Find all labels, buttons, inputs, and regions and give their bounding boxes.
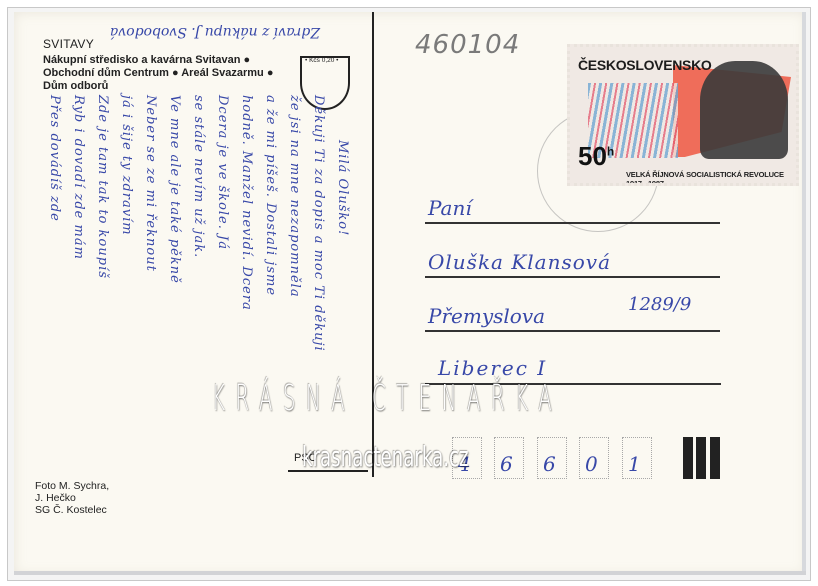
stamp-value-number: 50 (578, 141, 607, 171)
credit-line: SG Č. Kostelec (35, 504, 109, 516)
address-line (425, 222, 720, 224)
recipient-city: Liberec I (438, 356, 547, 380)
address-line (425, 330, 720, 332)
message-line: hodně. Manžel nevidí. Dcera (239, 95, 254, 311)
message-line: Ryb i dovadí zde mám (71, 95, 86, 260)
message-line: Dcera je ve škole. Já (215, 95, 230, 250)
message-line: že jsi na mne nezapomněla (287, 95, 302, 298)
stamp-value-unit: h (607, 144, 614, 158)
watermark-url: krasnactenarka.cz (302, 440, 469, 473)
handwriting-upside-down: Zdraví z nákupu J. Svobodová (110, 24, 320, 40)
postcode-digit: 6 (543, 452, 556, 476)
postcard-caption: Nákupní středisko a kavárna Svitavan ● O… (43, 54, 288, 93)
postage-stamp: ČESKOSLOVENSKO 50h VELKÁ ŘÍJNOVÁ SOCIALI… (567, 44, 799, 186)
stamp-caption: VELKÁ ŘÍJNOVÁ SOCIALISTICKÁ REVOLUCE 191… (626, 170, 796, 186)
recipient-street: Přemyslova (428, 304, 545, 328)
stamp-value: 50h (578, 141, 614, 172)
postcode-digit: 1 (628, 452, 641, 476)
recipient-name: Oluška Klansová (428, 250, 611, 274)
credit-line: J. Hečko (35, 492, 109, 504)
message-line: Milá Oluško! (335, 140, 350, 236)
address-line (425, 276, 720, 278)
recipient-salutation: Paní (428, 196, 472, 220)
message-line: já i šije ty zdravím (119, 95, 134, 236)
portrait-icon (700, 61, 788, 159)
card-edge (14, 571, 806, 575)
postcode-bar (710, 437, 720, 479)
credit-line: Foto M. Sychra, (35, 480, 109, 492)
message-line: Neber se ze mi řeknout (143, 95, 158, 272)
card-edge (802, 12, 806, 575)
message-line: se stále nevím už jak. (191, 95, 206, 258)
message-line: Zde je tam tak to koupíš (95, 95, 110, 279)
recipient-house-number: 1289/9 (628, 294, 691, 315)
watermark-title: KRÁSNÁ ČTENAŘKA (212, 378, 562, 419)
seal-price: • Kčs 0,20 • (305, 57, 338, 64)
postcode-bar (696, 437, 706, 479)
message-line: Děkuji Ti za dopis a moc Ti děkuji (311, 95, 326, 352)
message-line: Přes dovádíš zde (47, 95, 62, 222)
catalog-number: 460104 (415, 30, 520, 60)
postcode-digit: 0 (585, 452, 598, 476)
message-line: Ve mne ale je také pěkně (167, 95, 182, 284)
postcode-digit: 6 (500, 452, 513, 476)
stamp-country: ČESKOSLOVENSKO (578, 57, 712, 73)
postcode-bar (683, 437, 693, 479)
postcard-title: SVITAVY (43, 38, 94, 51)
message-line: a že mi píšeš. Dostali jsme (263, 95, 278, 296)
photo-credits: Foto M. Sychra, J. Hečko SG Č. Kostelec (35, 480, 109, 516)
